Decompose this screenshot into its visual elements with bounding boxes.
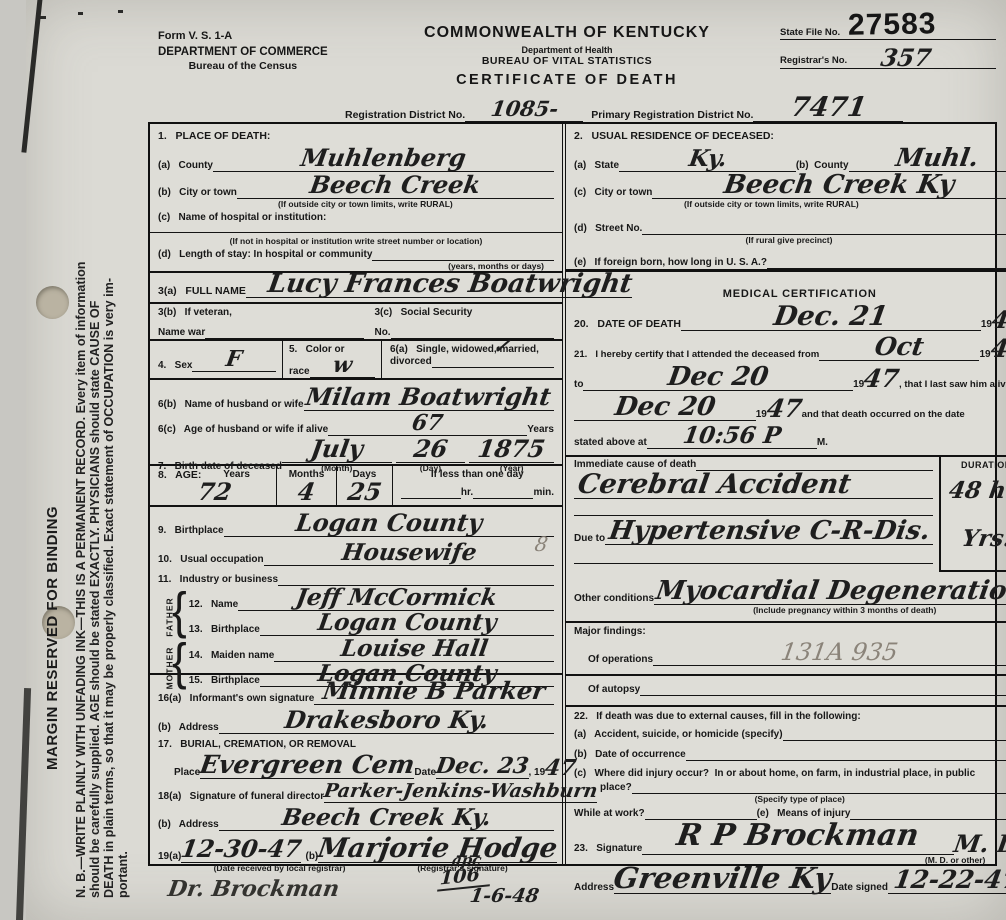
attended-to-row: to Dec 20 19 47 , that I last saw him al… [574, 366, 1006, 391]
birth-year-field: 1875 [469, 438, 554, 463]
operations-row: Of operations 131A 935 [588, 642, 1006, 666]
occupation-row: 10. Usual occupation Housewife 8 [158, 543, 554, 566]
city-row: (b) City or town Beech Creek [158, 174, 554, 199]
other-conditions-field: Myocardial Degeneration [654, 580, 1006, 605]
external-b-label: (b) Date of occurrence [574, 749, 686, 761]
race-label2: race [289, 366, 310, 378]
veteran-block: 3(b) If veteran, Name war [158, 304, 364, 339]
margin-note-line: N. B.—WRITE PLAINLY WITH UNFADING INK—TH… [74, 262, 88, 899]
margin-note: N. B.—WRITE PLAINLY WITH UNFADING INK—TH… [74, 262, 130, 899]
informant-addr-field: Drakesboro Ky. [219, 709, 554, 734]
section-physician: 23. Signature R P Brockman M. D. (M. D. … [566, 820, 1006, 894]
date-of-death-label: 20. DATE OF DEATH [574, 318, 681, 331]
age-label: 8. AGE: [158, 469, 201, 482]
alive-year: 47 [765, 398, 803, 421]
stated-row: stated above at 10:56 P M. [574, 426, 1006, 449]
street-note: (If not in hospital or institution write… [158, 236, 554, 246]
time-suffix: M. [817, 437, 828, 449]
ssn-block: 3(c) Social Security No. [364, 304, 554, 339]
birthplace-row: 9. Birthplace Logan County [158, 512, 554, 537]
received-label: 19(a) [158, 851, 181, 863]
residence-city-note: (If outside city or town limits, write R… [684, 199, 1006, 209]
father-brace: { [172, 589, 187, 635]
race-row: race w [289, 356, 375, 378]
header-file-numbers: State File No. 27583 Registrar's No. 357 [780, 16, 996, 76]
father-birthplace-row: 13. Birthplace Logan County [189, 613, 554, 636]
cause-block: Immediate cause of death Cerebral Accide… [566, 455, 1006, 572]
birth-day-field: 26 [396, 438, 466, 463]
length-of-stay-block: (If not in hospital or institution write… [150, 232, 562, 271]
father-birthplace-field: Logan County [260, 613, 554, 636]
registrar-no-label: Registrar's No. [780, 55, 847, 66]
marital-mark: ✓ [492, 337, 512, 355]
section-residence: 2. USUAL RESIDENCE OF DECEASED: (a) Stat… [566, 124, 1006, 272]
section-birthplace-parents: 9. Birthplace Logan County 10. Usual occ… [150, 507, 562, 673]
to-year: 47 [862, 368, 900, 391]
county-label: (a) County [158, 160, 213, 172]
physician-sig-label: 23. Signature [574, 843, 642, 855]
marital-label: 6(a) Single, widowed, married, [390, 344, 554, 356]
birthplace-label: 9. Birthplace [158, 525, 224, 537]
full-name-field: Lucy Frances Boatwright [246, 273, 632, 298]
last-seen-row: Dec 20 19 47 and that death occurred on … [574, 396, 1006, 421]
age-months-value: 4 [296, 481, 316, 503]
director-addr-label: (b) Address [158, 819, 219, 831]
residence-heading: 2. USUAL RESIDENCE OF DECEASED: [574, 124, 1006, 143]
foreign-born-label: (e) If foreign born, how long in U. S. A… [574, 257, 767, 269]
operations-label: Of operations [588, 654, 653, 666]
scan-artifact [40, 16, 46, 19]
cause-main: Immediate cause of death Cerebral Accide… [566, 457, 939, 572]
residence-city-row: (c) City or town Beech Creek Ky [574, 174, 1006, 199]
foreign-born-row: (e) If foreign born, how long in U. S. A… [574, 257, 1006, 269]
right-column: 2. USUAL RESIDENCE OF DECEASED: (a) Stat… [562, 124, 1006, 864]
age-months-cell: Months 4 [276, 466, 336, 506]
section-age: 8. AGE: Years 72 Months 4 Days 25 If les… [150, 466, 562, 508]
sex-cell: 4. Sex F [150, 341, 282, 378]
primary-district-label: Primary Registration District No. [591, 109, 753, 122]
age-hr-min-row: hr. min. [401, 487, 554, 499]
margin-binding-text: MARGIN RESERVED FOR BINDING [44, 506, 61, 770]
due-to-label: Due to [574, 533, 605, 545]
autopsy-label: Of autopsy [588, 684, 640, 696]
residence-street-label: (d) Street No. [574, 223, 642, 235]
residence-street-note: (If rural give precinct) [694, 235, 884, 245]
cause-duration-value: 48 hr. [941, 481, 1006, 503]
occupation-field: Housewife [264, 543, 554, 566]
director-label: 18(a) Signature of funeral director [158, 791, 324, 803]
state-file-number: 27583 [848, 7, 937, 43]
age-hr-label: hr. [461, 487, 473, 499]
age-days-value: 25 [346, 481, 383, 503]
date-signed-field: 12-22-47 [888, 869, 1006, 894]
section-external-causes: 22. If death was due to external causes,… [566, 707, 1006, 820]
date-of-death-field: Dec. 21 [681, 305, 981, 331]
marital-field [432, 367, 554, 368]
major-findings-block: Major findings: Of operations 131A 935 O… [566, 621, 1006, 707]
burial-year-value: 47 [544, 759, 578, 779]
mother-name-row: 14. Maiden name Louise Hall [189, 639, 554, 662]
cause-value: Cerebral Accident [576, 473, 852, 497]
death-certificate-scan: MARGIN RESERVED FOR BINDING N. B.—WRITE … [0, 0, 1006, 920]
spouse-age-label: 6(c) Age of husband or wife if alive [158, 424, 328, 436]
stated-label: stated above at [574, 437, 647, 449]
marital-label2: divorced [390, 356, 432, 368]
race-label: 5. Color or [289, 344, 375, 356]
father-birthplace-label: 13. Birthplace [189, 624, 260, 636]
other-conditions-value: Myocardial Degeneration [654, 580, 1006, 603]
section-place-of-death: 1. PLACE OF DEATH: (a) County Muhlenberg… [150, 124, 562, 273]
external-a-label: (a) Accident, suicide, or homicide (spec… [574, 729, 783, 741]
ssn-no-label: No. [374, 327, 390, 339]
county-field: Muhlenberg [213, 147, 554, 172]
autopsy-row: Of autopsy [588, 684, 1006, 696]
bureau-vital-statistics: BUREAU OF VITAL STATISTICS [352, 55, 782, 67]
section-sex-race-marital: 4. Sex F 5. Color or race w 6(a) Single,… [150, 341, 562, 380]
scan-artifact [118, 10, 123, 13]
external-c-note: (Specify type of place) [574, 794, 1006, 804]
physician-addr-label: Address [574, 882, 614, 894]
residence-state-row: (a) State Ky. (b) County Muhl. [574, 147, 1006, 172]
findings-rule-1 [566, 674, 1006, 676]
residence-city-field: Beech Creek Ky [652, 174, 1006, 199]
header-agency: Form V. S. 1-A DEPARTMENT OF COMMERCE Bu… [158, 30, 328, 72]
certificate-form: 1. PLACE OF DEATH: (a) County Muhlenberg… [148, 122, 997, 866]
informant-addr-label: (b) Address [158, 722, 219, 734]
attended-row: 21. I hereby certify that I attended the… [574, 336, 1006, 361]
residence-county-field: Muhl. [849, 147, 1006, 172]
residence-state-field: Ky. [619, 149, 796, 172]
department-health: Department of Health [352, 45, 782, 55]
state-file-row: State File No. 27583 [780, 16, 996, 40]
alive-label: , that I last saw him alive on [899, 379, 1006, 391]
external-a-row: (a) Accident, suicide, or homicide (spec… [574, 729, 1006, 741]
hospital-label: (c) Name of hospital or institution: [158, 212, 554, 224]
occurred-label: and that death occurred on the date [802, 409, 965, 421]
registration-district-label: Registration District No. [345, 109, 465, 122]
code-date-annotation: 1-6-48 [469, 888, 540, 905]
burial-place-row: Place Evergreen Cem Date Dec. 23 , 19 47 [158, 754, 554, 779]
due-to-blank-rule [574, 545, 933, 564]
punch-hole [36, 286, 69, 319]
age-days-cell: Days 25 [336, 466, 391, 506]
birthplace-field: Logan County [224, 512, 554, 537]
mother-birthplace-label: 15. Birthplace [189, 675, 260, 687]
informant-sig-label: 16(a) Informant's own signature [158, 693, 314, 705]
due-to-duration-value: Yrs. [941, 529, 1006, 551]
stay-label: (d) Length of stay: In hospital or commu… [158, 249, 372, 261]
registrar-no-row: Registrar's No. 357 [780, 47, 996, 69]
physician-md: M. D. [952, 833, 1006, 855]
burial-date-label: Date [414, 767, 436, 779]
director-addr-row: (b) Address Beech Creek Ky. [158, 808, 554, 831]
spouse-row: 6(b) Name of husband or wife Milam Boatw… [158, 386, 554, 411]
veteran-war-label: Name war [158, 327, 205, 339]
spouse-label: 6(b) Name of husband or wife [158, 399, 304, 411]
major-findings-label: Major findings: [574, 626, 1006, 638]
city-field: Beech Creek [237, 174, 554, 199]
header-title-block: COMMONWEALTH OF KENTUCKY Department of H… [352, 24, 782, 88]
age-min-label: min. [533, 487, 554, 499]
duration-label: DURATION [941, 460, 1006, 471]
dod-year: 47 [990, 309, 1006, 331]
doctor-annotation: Dr. Brockman [166, 880, 340, 900]
spouse-age-row: 6(c) Age of husband or wife if alive 67 … [158, 414, 554, 436]
registration-district-value: 1085- [465, 100, 583, 122]
spouse-age-field: 67 [328, 414, 527, 436]
father-name-row: 12. Name Jeff McCormick [189, 588, 554, 611]
informant-sig-field: Minnie B Parker [314, 680, 554, 705]
mother-name-field: Louise Hall [274, 639, 554, 662]
city-note: (If outside city or town limits, write R… [278, 199, 554, 209]
marital-row2: divorced [390, 356, 554, 368]
veteran-label: 3(b) If veteran, [158, 307, 364, 319]
cause-blank-rule [574, 499, 933, 516]
due-to-value: Hypertensive C-R-Dis. [607, 520, 931, 543]
external-b-field [686, 760, 1006, 761]
medical-heading: MEDICAL CERTIFICATION [574, 288, 1006, 301]
registrar-no-value: 357 [879, 47, 933, 69]
veteran-war-field [205, 338, 364, 339]
county-row: (a) County Muhlenberg [158, 147, 554, 172]
external-b-row: (b) Date of occurrence [574, 749, 1006, 761]
section-medical: MEDICAL CERTIFICATION 20. DATE OF DEATH … [566, 272, 1006, 449]
cause-value-row: Cerebral Accident [574, 471, 933, 499]
age-less-label: If less than one day [401, 469, 554, 481]
residence-street-row: (d) Street No. [574, 223, 1006, 235]
external-c-row2: place? [574, 782, 1006, 794]
ssn-field [391, 338, 554, 339]
marital-cell: 6(a) Single, widowed, married, ✓ divorce… [381, 341, 562, 378]
director-row: 18(a) Signature of funeral director Park… [158, 783, 554, 803]
age-years-value: 72 [158, 481, 272, 505]
mother-name-label: 14. Maiden name [189, 650, 275, 662]
father-fields: 12. Name Jeff McCormick 13. Birthplace L… [189, 588, 554, 636]
department-commerce: DEPARTMENT OF COMMERCE [158, 46, 328, 58]
full-name-label: 3(a) FULL NAME [158, 285, 246, 298]
received-note: (Date received by local registrar) [188, 863, 371, 873]
director-addr-field: Beech Creek Ky. [219, 808, 554, 831]
duration-box: DURATION 48 hr. Yrs. [939, 457, 1006, 572]
ssn-no-row: No. [374, 327, 554, 339]
sex-label: 4. Sex [158, 360, 192, 372]
residence-state-label: (a) State [574, 160, 619, 172]
section-informant-burial: 16(a) Informant's own signature Minnie B… [150, 673, 562, 873]
father-group: FATHER { 12. Name Jeff McCormick 13. Bir… [158, 588, 554, 636]
margin-note-line: DEATH in plain terms, so that it may be … [102, 262, 116, 899]
registration-district-row: Registration District No. 1085- Primary … [345, 96, 903, 122]
external-heading: 22. If death was due to external causes,… [574, 711, 1006, 723]
burial-place-label: Place [174, 767, 200, 779]
operations-value: 131A 935 [779, 642, 899, 664]
operations-field: 131A 935 [653, 642, 1006, 666]
due-to-row: Due to Hypertensive C-R-Dis. [574, 520, 933, 545]
mother-brace: { [172, 640, 187, 686]
registrar-sig-field: Marjorie Hodge [318, 837, 557, 863]
external-a-field [783, 740, 1006, 741]
registrar-notes-row: (Date received by local registrar) (Regi… [158, 863, 554, 873]
attend-year: 47 [989, 338, 1006, 361]
occupation-label: 10. Usual occupation [158, 554, 264, 566]
veteran-war-row: Name war [158, 327, 364, 339]
form-number: Form V. S. 1-A [158, 30, 328, 42]
margin-note-line: should be carefully supplied. AGE should… [88, 262, 102, 899]
section-spouse-birthdate: 6(b) Name of husband or wife Milam Boatw… [150, 380, 562, 466]
other-conditions-note: (Include pregnancy within 3 months of de… [664, 605, 1006, 615]
bureau-census: Bureau of the Census [158, 60, 328, 72]
section-full-name: 3(a) FULL NAME Lucy Frances Boatwright [150, 273, 562, 304]
to-field: Dec 20 [583, 366, 853, 391]
work-label: While at work? [574, 808, 645, 820]
physician-sig-field: R P Brockman [642, 826, 953, 855]
state-file-label: State File No. [780, 27, 840, 38]
received-field: 12-30-47 [181, 838, 301, 863]
left-column: 1. PLACE OF DEATH: (a) County Muhlenberg… [150, 124, 562, 864]
sex-field: F [192, 350, 276, 372]
place-of-death-heading: 1. PLACE OF DEATH: [158, 124, 554, 143]
scan-artifact [78, 12, 83, 15]
foreign-born-field [767, 268, 1006, 269]
time-field: 10:56 P [647, 426, 817, 449]
burial-place-field: Evergreen Cem [200, 754, 414, 779]
attended-from-field: Oct [819, 336, 979, 361]
alive-field: Dec 20 [574, 396, 756, 421]
external-c-label2: place? [600, 782, 632, 794]
informant-addr-row: (b) Address Drakesboro Ky. [158, 709, 554, 734]
city-label: (b) City or town [158, 187, 237, 199]
ssn-label: 3(c) Social Security [374, 307, 554, 319]
age-years-cell: 8. AGE: Years 72 [150, 466, 276, 506]
birth-month-field: July [282, 438, 392, 463]
certificate-title: CERTIFICATE OF DEATH [352, 72, 782, 88]
physician-sig-row: 23. Signature R P Brockman M. D. [574, 826, 1006, 855]
primary-district-value: 7471 [753, 96, 903, 122]
date-of-death-row: 20. DATE OF DEATH Dec. 21 19 47 [574, 305, 1006, 331]
father-name-label: 12. Name [189, 599, 238, 611]
race-field: w [310, 356, 375, 378]
margin-note-line: portant. [116, 262, 130, 899]
race-cell: 5. Color or race w [282, 341, 381, 378]
date-signed-label: Date signed [831, 882, 888, 894]
external-c-label: (c) Where did injury occur? In or about … [574, 768, 1006, 780]
director-field: Parker-Jenkins-Washburn [324, 783, 597, 803]
other-conditions-label: Other conditions [574, 593, 654, 605]
residence-city-label: (c) City or town [574, 187, 652, 199]
physician-addr-field: Greenville Ky [614, 865, 831, 894]
age-hr-field [401, 498, 461, 499]
autopsy-field [640, 695, 1006, 696]
due-to-field: Hypertensive C-R-Dis. [605, 520, 933, 545]
burial-date-field: Dec. 23 [436, 757, 528, 779]
age-hours-cell: If less than one day hr. min. [392, 466, 562, 506]
father-name-field: Jeff McCormick [238, 588, 554, 611]
commonwealth-title: COMMONWEALTH OF KENTUCKY [352, 24, 782, 42]
to-label: to [574, 379, 583, 391]
age-min-field [473, 498, 533, 499]
physician-addr-row: Address Greenville Ky Date signed 12-22-… [574, 865, 1006, 894]
other-conditions-block: Other conditions Myocardial Degeneration… [566, 572, 1006, 615]
registrar-row: 19(a) 12-30-47 (b) Marjorie Hodge [158, 837, 554, 863]
attended-label: 21. I hereby certify that I attended the… [574, 349, 819, 361]
cause-spacer [574, 564, 933, 572]
spouse-field: Milam Boatwright [304, 386, 554, 411]
stay-row: (d) Length of stay: In hospital or commu… [158, 249, 554, 261]
other-conditions-row: Other conditions Myocardial Degeneration [574, 580, 1006, 605]
